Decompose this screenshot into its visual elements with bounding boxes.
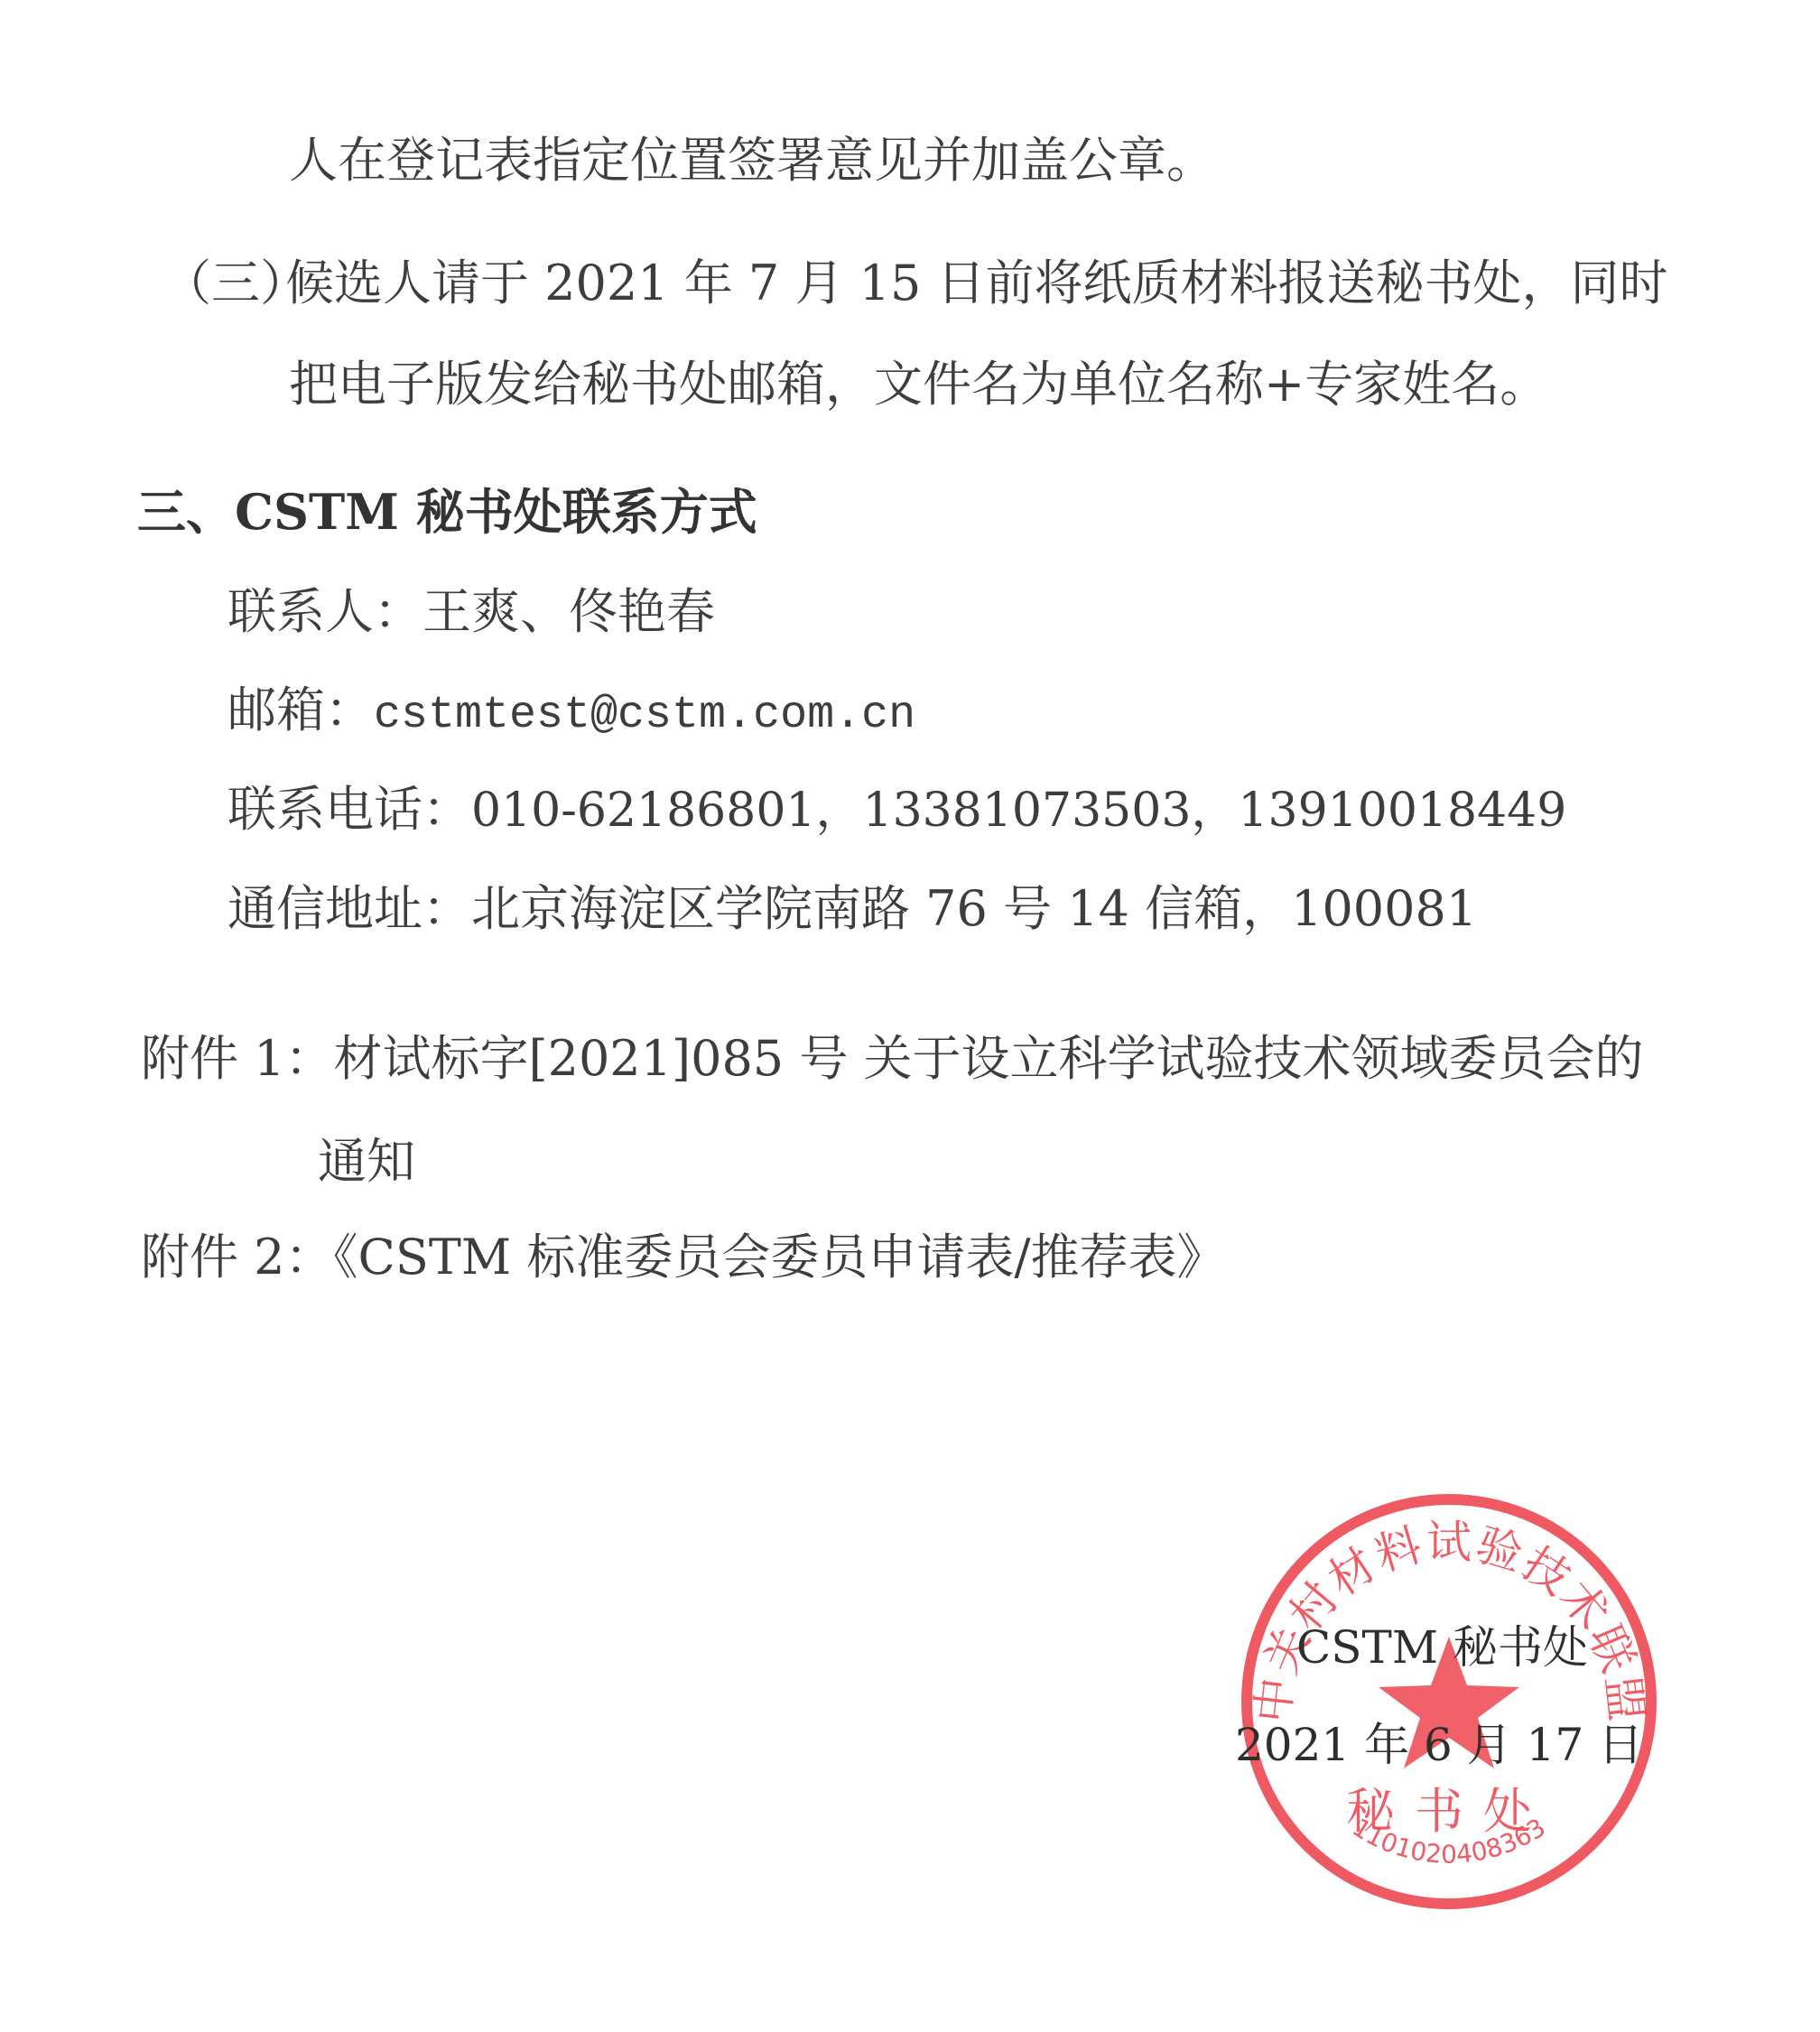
item-3-line-2: 把电子版发给秘书处邮箱，文件名为单位名称+专家姓名。 <box>289 356 1548 413</box>
address-value: 北京海淀区学院南路 76 号 14 信箱，100081 <box>471 880 1477 937</box>
phone-line: 联系电话：010-62186801，13381073503，1391001844… <box>227 781 1566 840</box>
attachment-1-label: 附件 1： <box>141 1030 334 1087</box>
phone-label: 联系电话： <box>227 781 471 838</box>
attachment-1: 附件 1：材试标字[2021]085 号 关于设立科学试验技术领域委员会的 <box>141 1030 1644 1088</box>
official-seal: 中关村材料试验技术联盟 秘书处 1101020408363 <box>1240 1492 1658 1912</box>
attachment-2-label: 附件 2： <box>141 1229 334 1285</box>
contact-person-label: 联系人： <box>227 583 422 640</box>
address-label: 通信地址： <box>227 880 471 937</box>
signature-org: CSTM 秘书处 <box>1296 1622 1588 1673</box>
contact-person-line: 联系人：王爽、佟艳春 <box>227 583 715 641</box>
signature-date: 2021 年 6 月 17 日 <box>1235 1720 1643 1770</box>
email-label: 邮箱： <box>227 682 374 738</box>
contact-person-value: 王爽、佟艳春 <box>422 583 715 640</box>
section-3-heading: 三、CSTM 秘书处联系方式 <box>137 483 757 541</box>
paragraph-continuation: 人在登记表指定位置签署意见并加盖公章。 <box>289 132 1215 190</box>
attachment-1-title: 材试标字[2021]085 号 关于设立科学试验技术领域委员会的 <box>334 1030 1644 1087</box>
email-link[interactable]: cstmtest@cstm.com.cn <box>374 690 915 741</box>
email-line: 邮箱：cstmtest@cstm.com.cn <box>227 682 915 745</box>
attachment-1-title-cont: 通知 <box>318 1133 415 1191</box>
address-line: 通信地址：北京海淀区学院南路 76 号 14 信箱，100081 <box>227 880 1477 938</box>
attachment-2: 附件 2：《CSTM 标准委员会委员申请表/推荐表》 <box>141 1229 1226 1286</box>
attachment-2-title: 《CSTM 标准委员会委员申请表/推荐表》 <box>334 1229 1226 1285</box>
item-3-line-1: 候选人请于 2021 年 7 月 15 日前将纸质材料报送秘书处，同时 <box>285 255 1667 312</box>
phone-value: 010-62186801，13381073503，13910018449 <box>471 784 1566 838</box>
